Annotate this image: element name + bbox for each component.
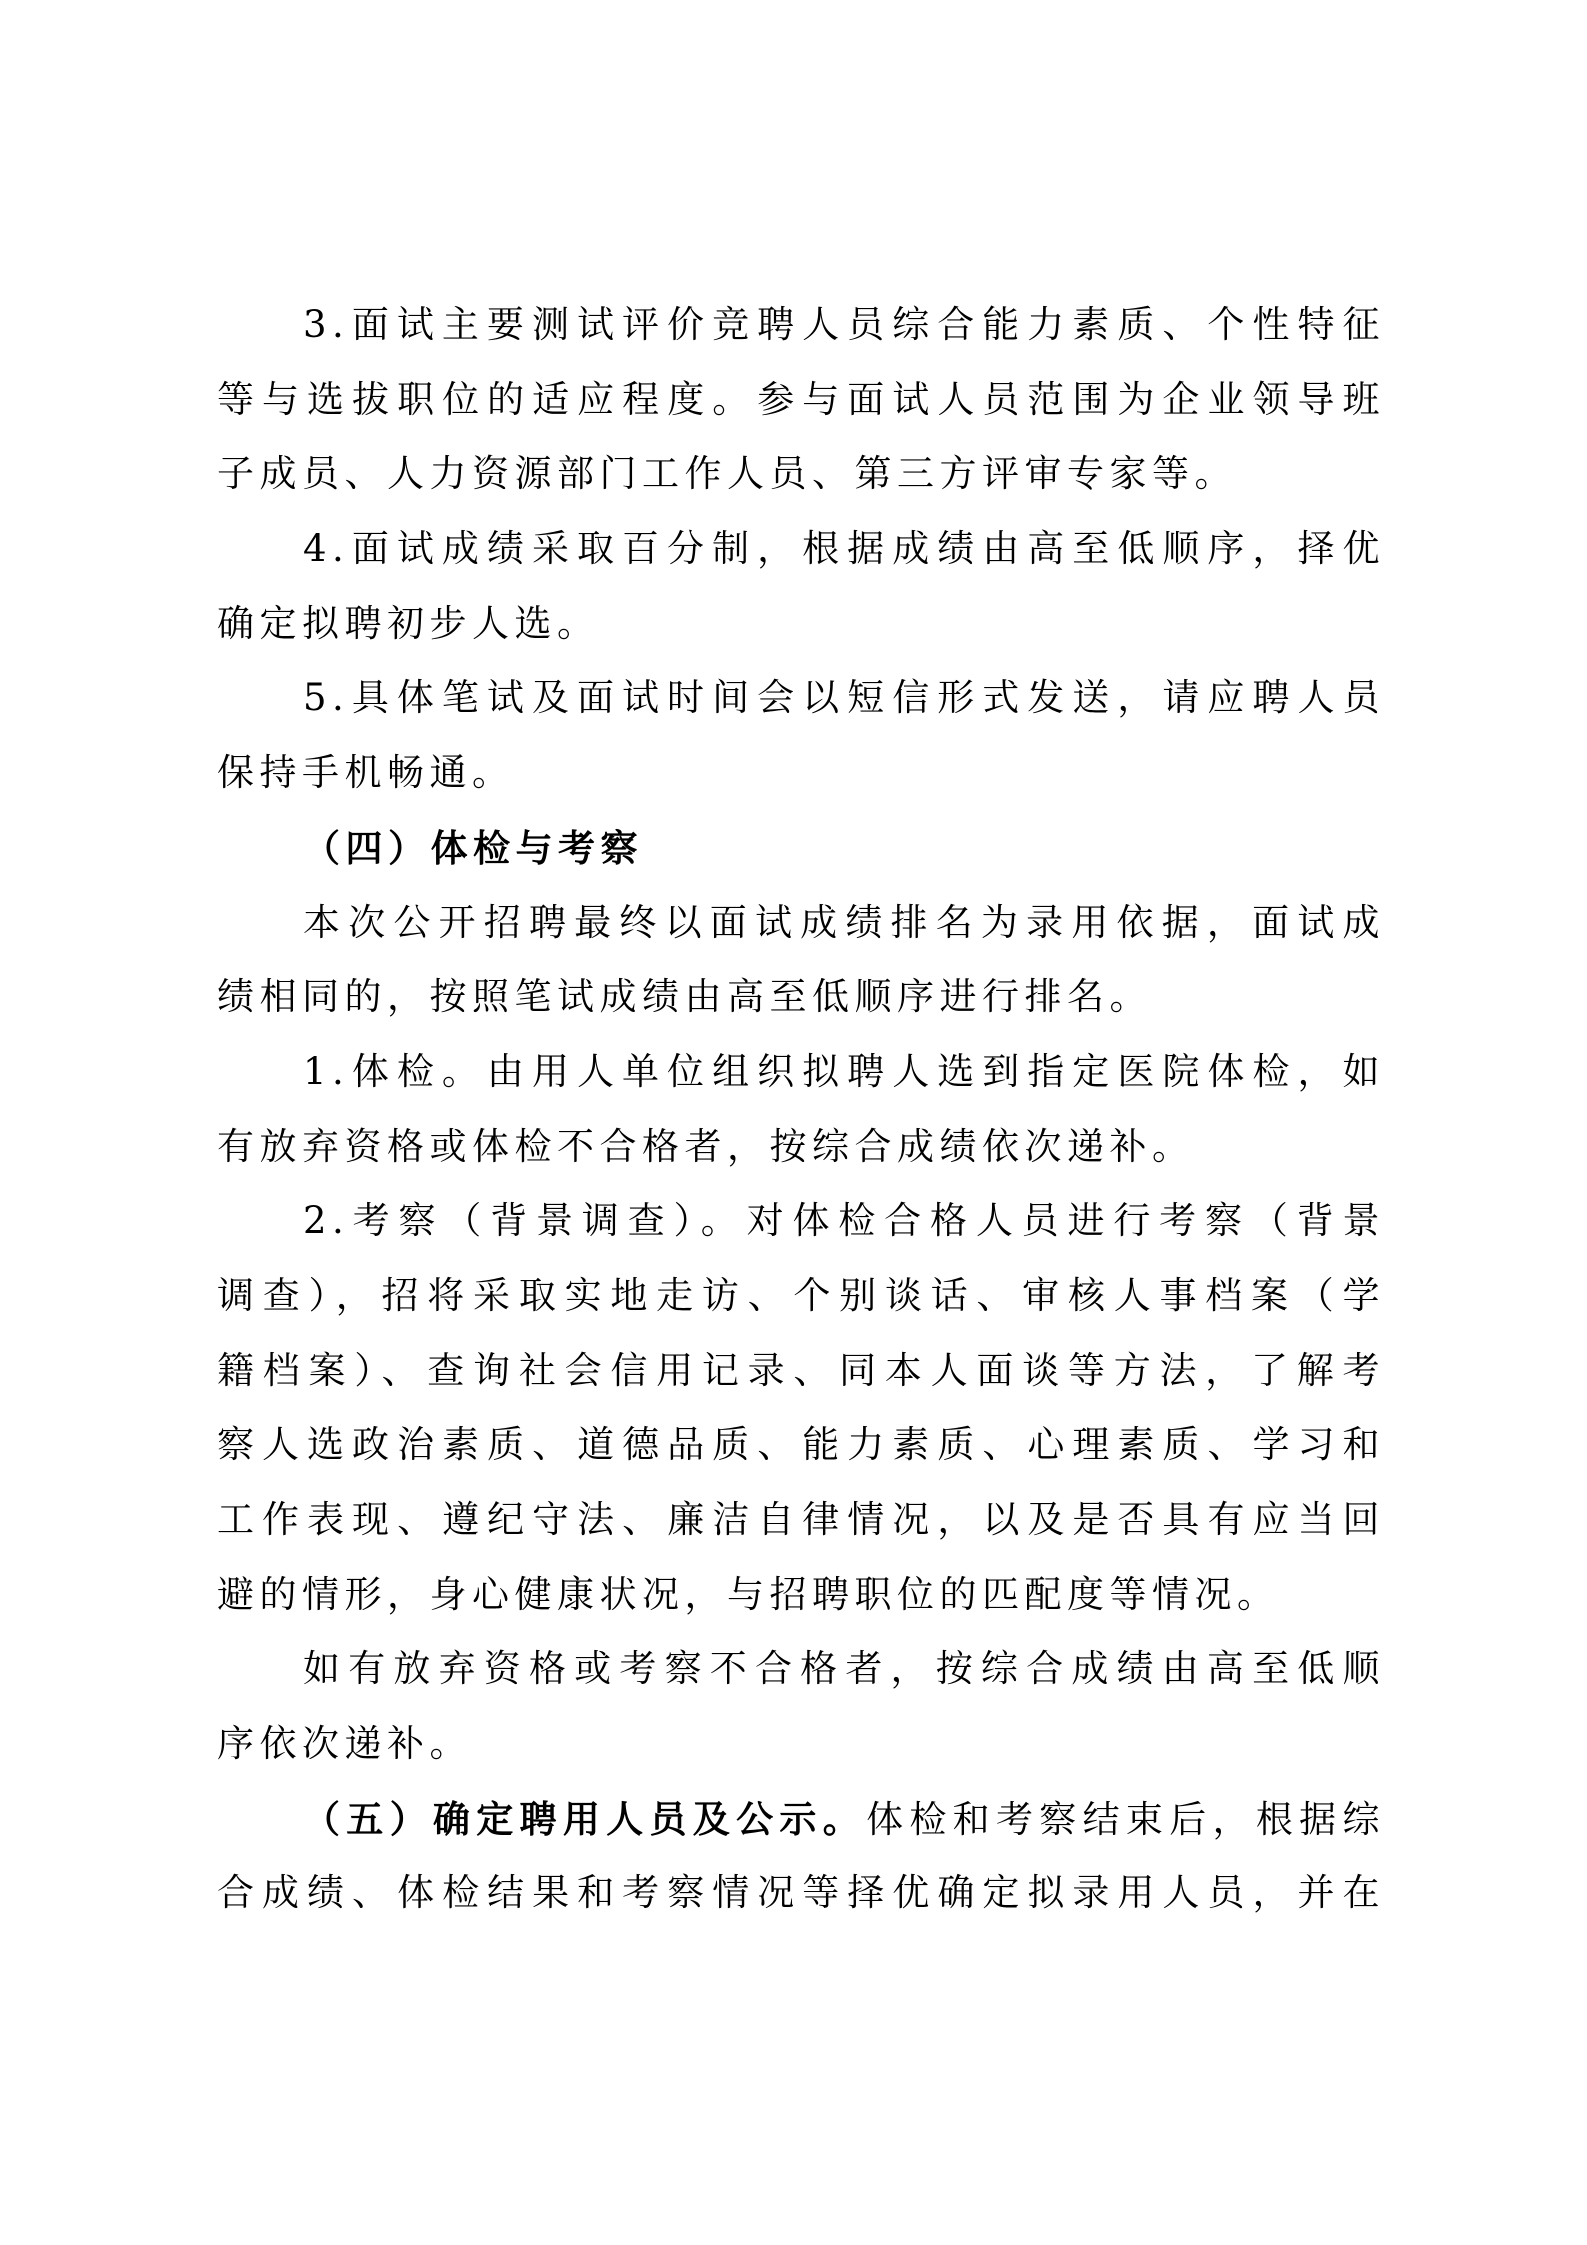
paragraph-line: 调查），招将采取实地走访、个别谈话、审核人事档案（学 [217,1259,1385,1334]
paragraph-line: 如有放弃资格或考察不合格者，按综合成绩由高至低顺 [217,1632,1385,1707]
paragraph-text: 体检和考察结束后，根据综 [866,1798,1385,1841]
paragraph-line: 5.具体笔试及面试时间会以短信形式发送，请应聘人员 [217,661,1385,736]
paragraph-line: 序依次递补。 [217,1707,1385,1782]
paragraph-interview-scoring: 4.面试成绩采取百分制，根据成绩由高至低顺序，择优 确定拟聘初步人选。 [217,512,1385,661]
document-body: 3.面试主要测试评价竞聘人员综合能力素质、个性特征 等与选拔职位的适应程度。参与… [217,288,1385,1931]
paragraph-line: 工作表现、遵纪守法、廉洁自律情况，以及是否具有应当回 [217,1483,1385,1558]
paragraph-line: 合成绩、体检结果和考察情况等择优确定拟录用人员，并在 [217,1856,1385,1931]
inline-section-heading: （五）确定聘用人员及公示。 [303,1797,866,1841]
paragraph-interview-scope: 3.面试主要测试评价竞聘人员综合能力素质、个性特征 等与选拔职位的适应程度。参与… [217,288,1385,512]
paragraph-hiring-confirmation: （五）确定聘用人员及公示。体检和考察结束后，根据综 合成绩、体检结果和考察情况等… [217,1782,1385,1931]
paragraph-line: 等与选拔职位的适应程度。参与面试人员范围为企业领导班 [217,363,1385,438]
paragraph-line: （五）确定聘用人员及公示。体检和考察结束后，根据综 [217,1782,1385,1857]
paragraph-line: 籍档案）、查询社会信用记录、同本人面谈等方法，了解考 [217,1334,1385,1409]
section-heading: （四）体检与考察 [217,811,1385,886]
paragraph-line: 子成员、人力资源部门工作人员、第三方评审专家等。 [217,437,1385,512]
paragraph-replacement-rule: 如有放弃资格或考察不合格者，按综合成绩由高至低顺 序依次递补。 [217,1632,1385,1781]
paragraph-line: 有放弃资格或体检不合格者，按综合成绩依次递补。 [217,1110,1385,1185]
paragraph-ranking-basis: 本次公开招聘最终以面试成绩排名为录用依据，面试成 绩相同的，按照笔试成绩由高至低… [217,886,1385,1035]
paragraph-line: 保持手机畅通。 [217,736,1385,811]
paragraph-line: 1.体检。由用人单位组织拟聘人选到指定医院体检，如 [217,1035,1385,1110]
paragraph-line: 2.考察（背景调查）。对体检合格人员进行考察（背景 [217,1184,1385,1259]
paragraph-line: 3.面试主要测试评价竞聘人员综合能力素质、个性特征 [217,288,1385,363]
paragraph-line: 察人选政治素质、道德品质、能力素质、心理素质、学习和 [217,1408,1385,1483]
paragraph-line: 绩相同的，按照笔试成绩由高至低顺序进行排名。 [217,960,1385,1035]
paragraph-line: 本次公开招聘最终以面试成绩排名为录用依据，面试成 [217,886,1385,961]
paragraph-medical-exam: 1.体检。由用人单位组织拟聘人选到指定医院体检，如 有放弃资格或体检不合格者，按… [217,1035,1385,1184]
paragraph-background-check: 2.考察（背景调查）。对体检合格人员进行考察（背景 调查），招将采取实地走访、个… [217,1184,1385,1632]
paragraph-schedule-notice: 5.具体笔试及面试时间会以短信形式发送，请应聘人员 保持手机畅通。 [217,661,1385,810]
section-heading-medical-and-assessment: （四）体检与考察 [217,811,1385,886]
paragraph-line: 4.面试成绩采取百分制，根据成绩由高至低顺序，择优 [217,512,1385,587]
paragraph-line: 避的情形，身心健康状况，与招聘职位的匹配度等情况。 [217,1558,1385,1633]
document-page: 3.面试主要测试评价竞聘人员综合能力素质、个性特征 等与选拔职位的适应程度。参与… [0,0,1587,2245]
paragraph-line: 确定拟聘初步人选。 [217,587,1385,662]
